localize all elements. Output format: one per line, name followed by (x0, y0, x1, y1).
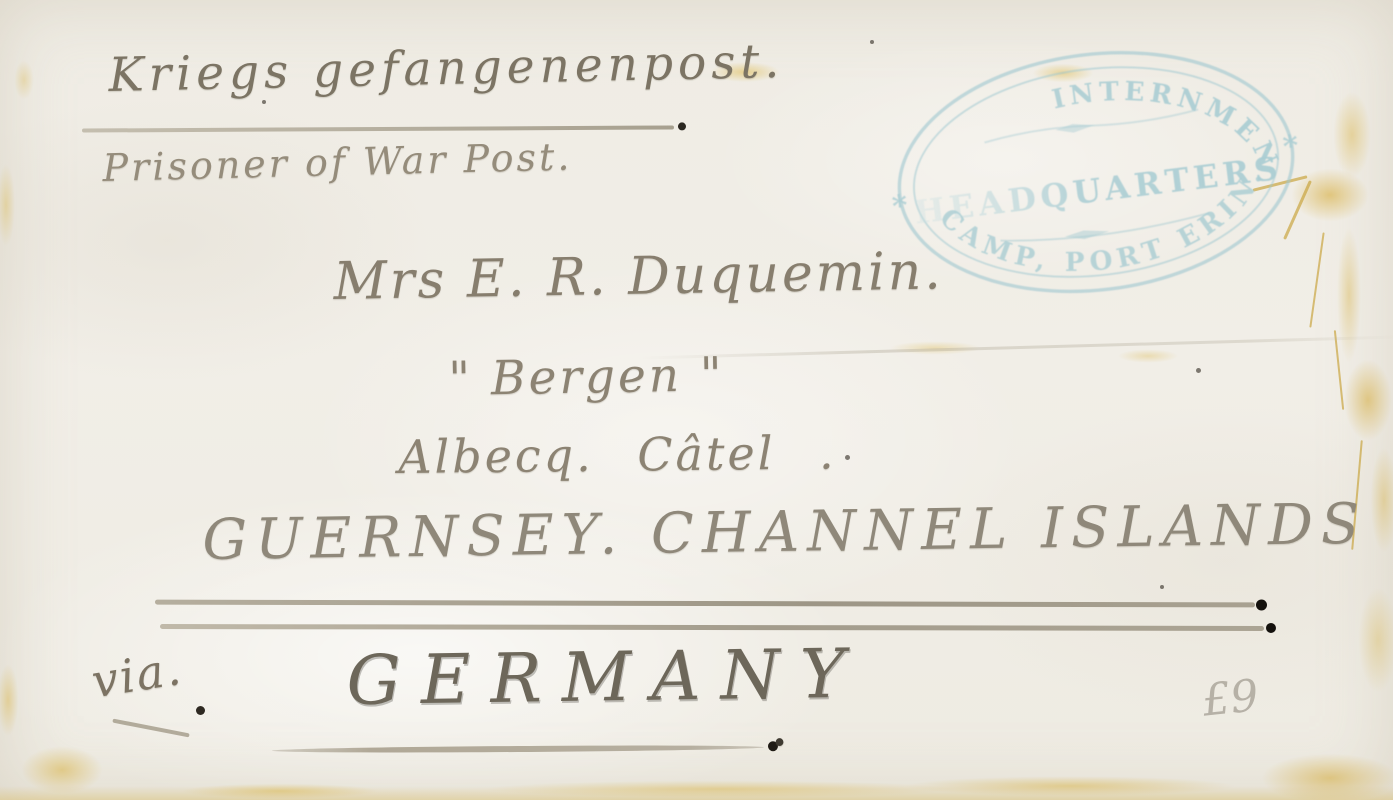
label-underline (82, 125, 674, 132)
stain-crack (1334, 330, 1344, 410)
pow-label-english: Prisoner of War Post. (102, 135, 573, 190)
stamp-center-text: HEADQUARTERS (912, 149, 1284, 232)
pow-label-german: Kriegs gefangenenpost. (108, 34, 785, 103)
stamp-arc-bottom-text: CAMP, PORT ERIN. (930, 158, 1280, 297)
country-underline (272, 744, 764, 753)
stamp-inner-ring (902, 47, 1290, 296)
stamp-flourish-bottom (1000, 213, 1210, 247)
stamp-star-left: * (890, 188, 909, 224)
stamp-outer-ring (886, 31, 1307, 313)
stain-crack (1252, 175, 1307, 191)
address-region: GUERNSEY. CHANNEL ISLANDS (202, 492, 1368, 573)
via-underline (112, 719, 189, 738)
address-underline-2 (160, 624, 1264, 631)
ink-speck (262, 100, 266, 104)
stamp-arc-top-text: INTERNMENT (860, 28, 1287, 225)
address-locality: Albecq. Câtel . (398, 425, 837, 484)
stamp-star-right: * (1281, 128, 1300, 164)
address-underline-1 (155, 600, 1255, 608)
ink-speck (1196, 368, 1201, 373)
ink-speck (870, 40, 874, 44)
country-period: . (770, 690, 789, 760)
pencil-price-note: £9 (1200, 670, 1261, 727)
ink-speck (845, 455, 850, 460)
stamp-flourish-bottom-diamond (1064, 227, 1110, 241)
stain-crack (1283, 180, 1312, 240)
stamp-flourish-top (984, 109, 1199, 142)
address-recipient: Mrs E. R. Duquemin. (333, 241, 944, 312)
envelope-scan: Kriegs gefangenenpost. Prisoner of War P… (0, 0, 1393, 800)
stain-crack (1309, 232, 1324, 327)
via-ink-dot (196, 706, 205, 715)
routing-via-label: via. (88, 641, 186, 709)
stamp-flourish-top-diamond (1055, 121, 1095, 134)
ink-speck (1160, 585, 1164, 589)
address-house-name: " Bergen " (448, 347, 725, 407)
paper-crease (640, 335, 1393, 359)
